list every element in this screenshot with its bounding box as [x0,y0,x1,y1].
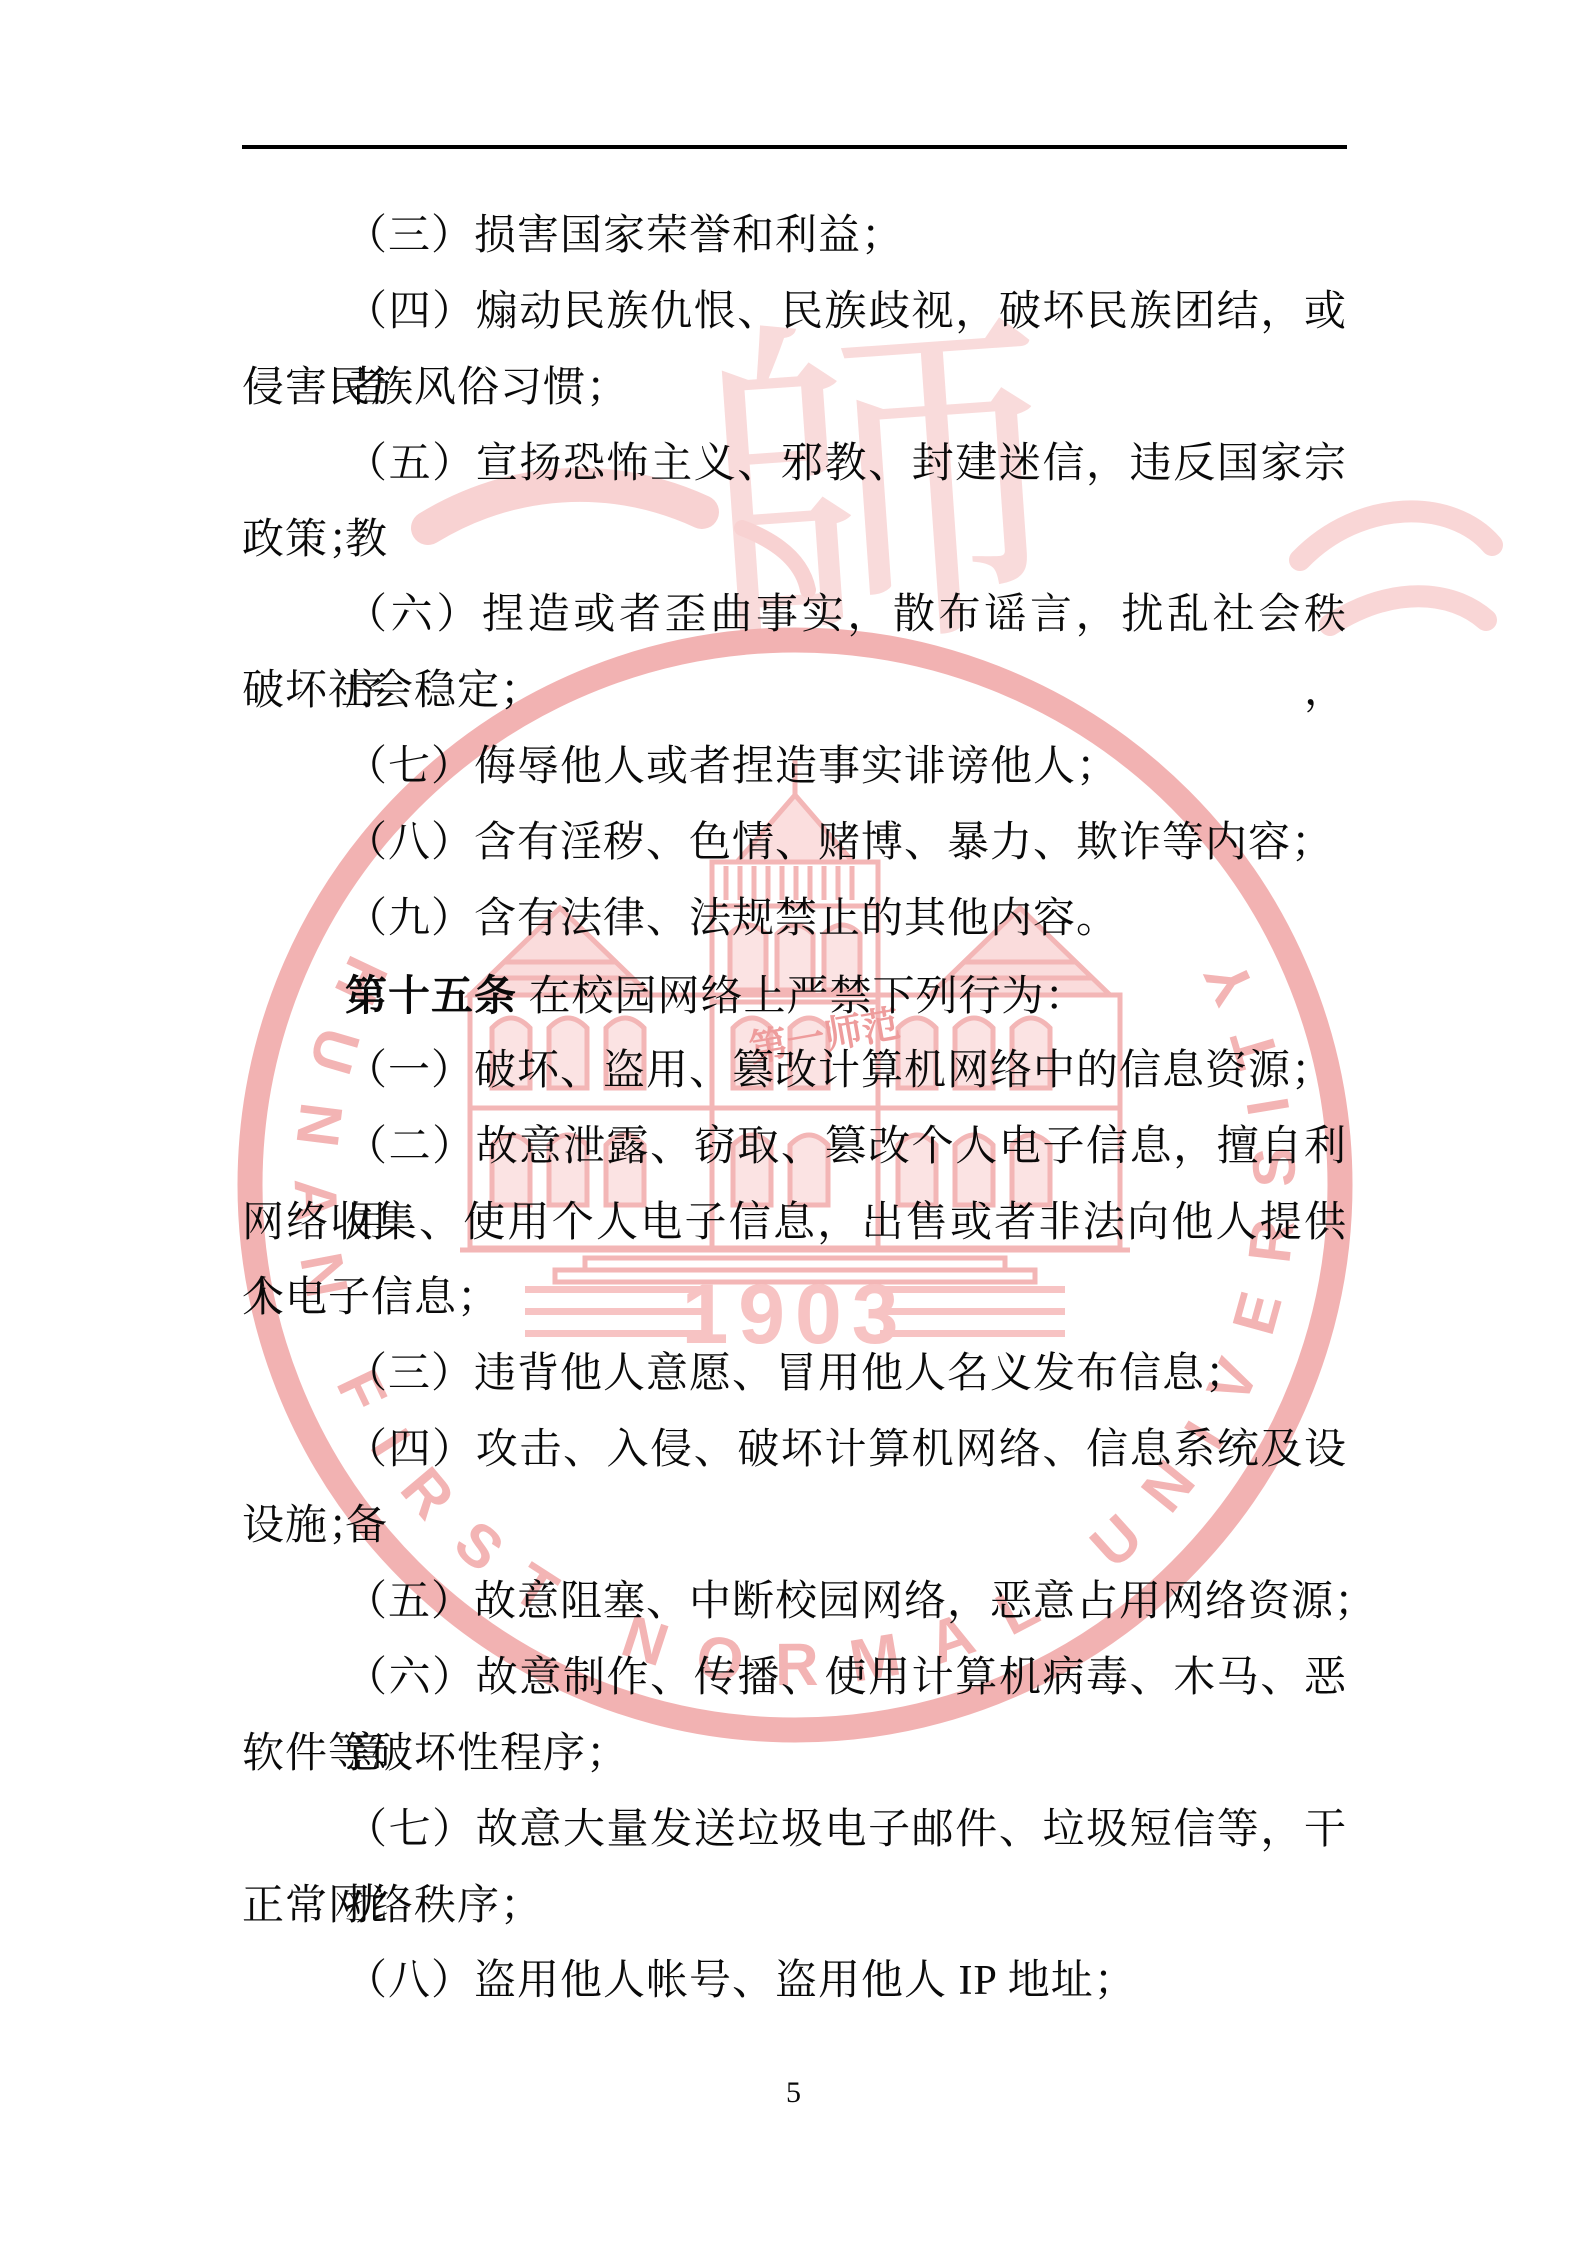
body-line: （七）故意大量发送垃圾电子邮件、垃圾短信等，干扰 [242,1793,1347,1869]
body-line: （九）含有法律、法规禁止的其他内容。 [242,882,1347,958]
body-line: 设施； [242,1489,1347,1565]
body-line: （七）侮辱他人或者捏造事实诽谤他人； [242,730,1347,806]
body-line: （六）故意制作、传播、使用计算机病毒、木马、恶意 [242,1641,1347,1717]
body-line: （五）故意阻塞、中断校园网络，恶意占用网络资源； [242,1565,1347,1641]
body-line: （八）盗用他人帐号、盗用他人 IP 地址； [242,1944,1347,2020]
body-line: 软件等破坏性程序； [242,1717,1347,1793]
body-line: （四）煽动民族仇恨、民族歧视，破坏民族团结，或者 [242,275,1347,351]
body-line: （八）含有淫秽、色情、赌博、暴力、欺诈等内容； [242,806,1347,882]
body-line: （三）损害国家荣誉和利益； [242,199,1347,275]
body-line: 第十五条 在校园网络上严禁下列行为： [242,958,1347,1034]
body-line: （一）破坏、盗用、篡改计算机网络中的信息资源； [242,1034,1347,1110]
text-block: （三）损害国家荣誉和利益；（四）煽动民族仇恨、民族歧视，破坏民族团结，或者侵害民… [242,199,1347,2020]
body-line: （四）攻击、入侵、破坏计算机网络、信息系统及设备 [242,1413,1347,1489]
body-line: （六）捏造或者歪曲事实，散布谣言，扰乱社会秩序， [242,578,1347,654]
document-page: 師 HUNAN FIRST NORMAL UNIVERSITY [0,0,1587,2245]
page-number: 5 [0,2076,1587,2110]
body-line: 正常网络秩序； [242,1869,1347,1945]
body-line: 人电子信息； [242,1261,1347,1337]
body-line: 政策； [242,503,1347,579]
body-line: （二）故意泄露、窃取、篡改个人电子信息，擅自利用 [242,1110,1347,1186]
article-number: 第十五条 [345,972,517,1019]
body-line: （五）宣扬恐怖主义、邪教、封建迷信，违反国家宗教 [242,427,1347,503]
header-rule [242,145,1347,149]
body-line: （三）违背他人意愿、冒用他人名义发布信息； [242,1337,1347,1413]
body-line: 侵害民族风俗习惯； [242,351,1347,427]
body-line: 网络收集、使用个人电子信息，出售或者非法向他人提供个 [242,1186,1347,1262]
